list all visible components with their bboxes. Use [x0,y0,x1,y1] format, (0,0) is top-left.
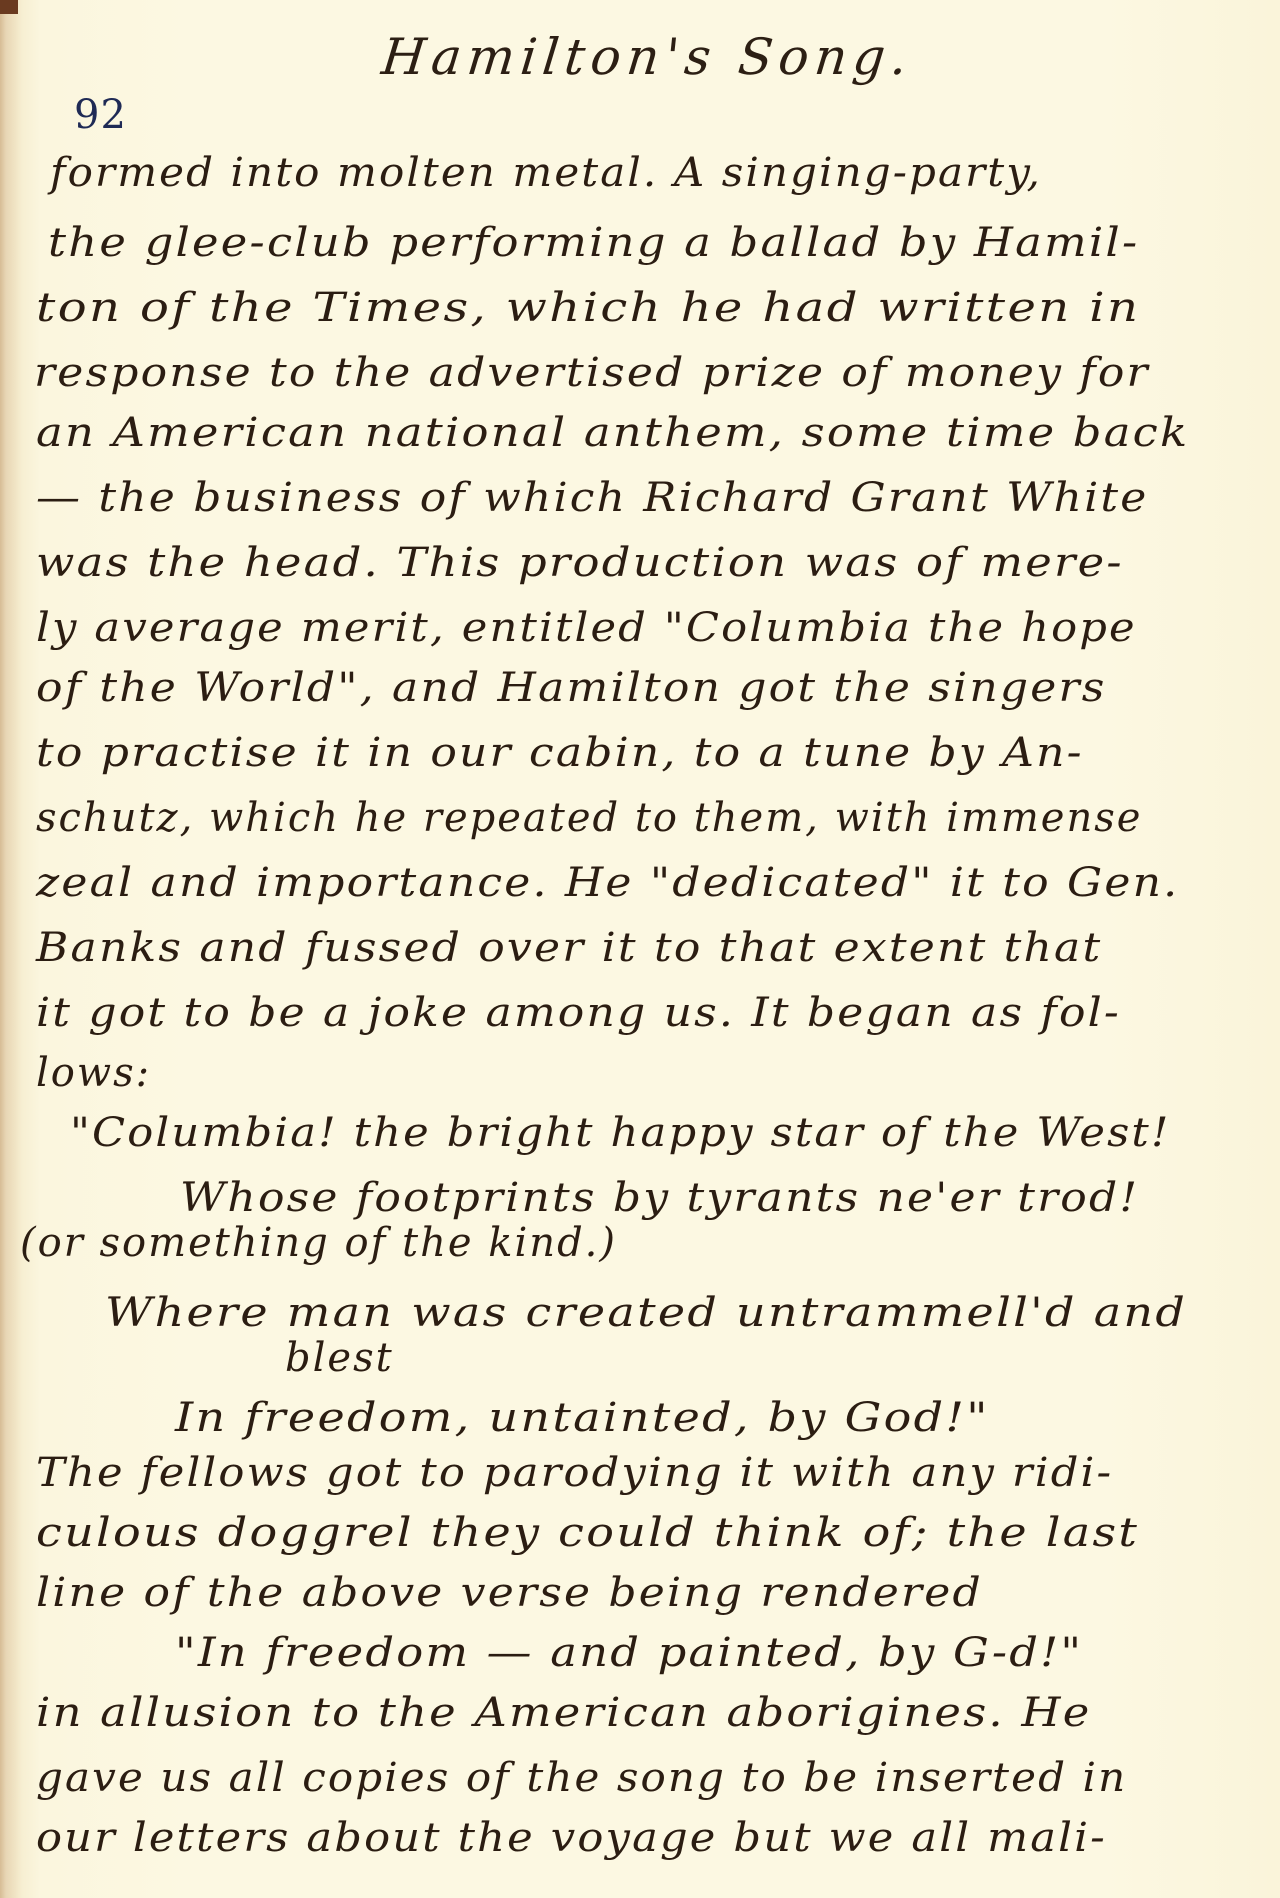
text-line: "In freedom — and painted, by G-d!" [175,1630,1083,1676]
text-line: Whose footprints by tyrants ne'er trod! [180,1175,1139,1221]
text-line: line of the above verse being rendered [36,1570,983,1616]
text-line: ly average merit, entitled "Columbia the… [36,605,1137,651]
text-line: gave us all copies of the song to be ins… [36,1755,1127,1801]
text-line: the glee-club performing a ballad by Ham… [48,220,1139,266]
text-line: "Columbia! the bright happy star of the … [70,1110,1170,1156]
manuscript-page: 92 Hamilton's Song. formed into molten m… [0,0,1280,1898]
page-number: 92 [74,92,127,138]
text-line: — the business of which Richard Grant Wh… [36,475,1148,521]
page-title: Hamilton's Song. [379,28,916,86]
text-line: lows: [36,1050,151,1096]
text-line: culous doggrel they could think of; the … [36,1510,1139,1556]
text-line: formed into molten metal. A singing-part… [50,150,1042,196]
text-line: zeal and importance. He "dedicated" it t… [36,860,1179,906]
text-line: in allusion to the American aborigines. … [36,1690,1091,1736]
text-line: The fellows got to parodying it with any… [36,1450,1113,1496]
text-line: our letters about the voyage but we all … [36,1815,1107,1861]
text-line: response to the advertised prize of mone… [34,350,1150,396]
text-line: an American national anthem, some time b… [36,410,1189,456]
text-line: it got to be a joke among us. It began a… [36,990,1121,1036]
text-line: of the World", and Hamilton got the sing… [36,665,1106,711]
text-line: was the head. This production was of mer… [36,540,1124,586]
text-line: (or something of the kind.) [20,1220,617,1266]
text-line: blest [285,1335,394,1381]
text-line: schutz, which he repeated to them, with … [36,795,1142,841]
text-line: to practise it in our cabin, to a tune b… [36,730,1084,776]
text-line: ton of the Times, which he had written i… [36,285,1140,331]
text-line: In freedom, untainted, by God!" [175,1395,990,1441]
text-line: Banks and fussed over it to that extent … [36,925,1102,971]
text-line: Where man was created untrammell'd and [105,1290,1187,1336]
